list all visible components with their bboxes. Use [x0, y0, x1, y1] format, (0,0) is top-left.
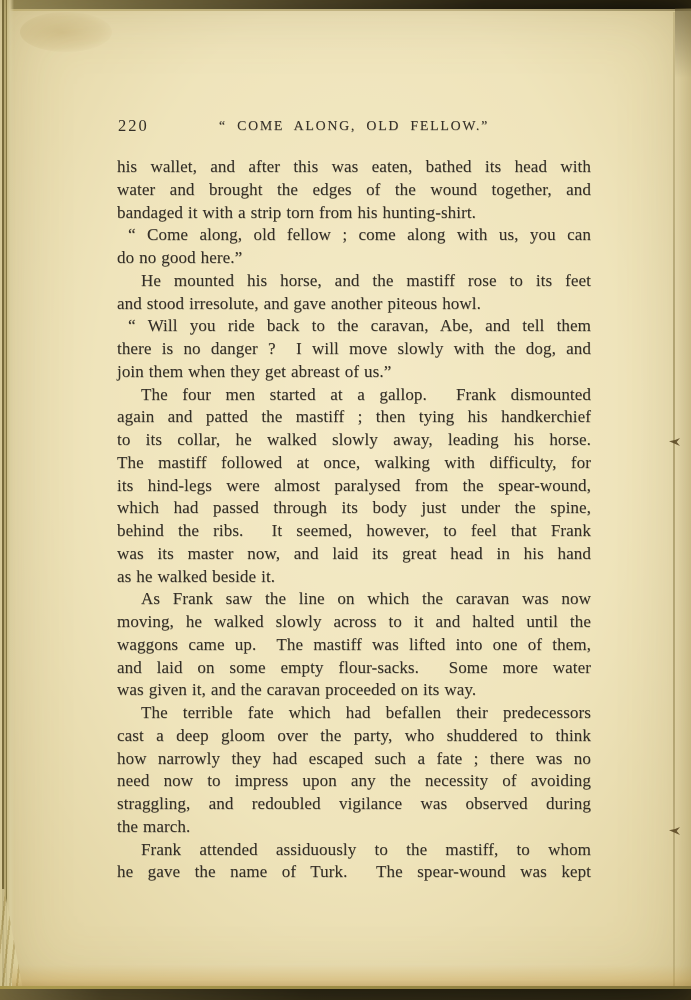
paper-stain [20, 12, 112, 52]
text-line: The four men started at a gallop. Frank … [117, 384, 591, 407]
fore-edge-shadow [675, 8, 691, 78]
text-line: straggling, and redoubled vigilance was … [117, 793, 591, 816]
page-fore-edge [675, 8, 691, 988]
page-edge-line [673, 12, 675, 986]
book-bottom-edge-shadow [0, 989, 691, 1000]
page-number: 220 [118, 116, 149, 136]
text-line: The terrible fate which had befallen the… [117, 702, 591, 725]
paragraph: his wallet, and after this was eaten, ba… [117, 156, 591, 224]
binding-edge [0, 0, 14, 1000]
text-line: “ Will you ride back to the caravan, Abe… [117, 315, 591, 338]
text-line: again and patted the mastiff ; then tyin… [117, 406, 591, 429]
bottom-edge-glow [12, 965, 691, 987]
paragraph: He mounted his horse, and the mastiff ro… [117, 270, 591, 316]
paragraph: As Frank saw the line on which the carav… [117, 588, 591, 702]
text-line: he gave the name of Turk. The spear-woun… [117, 861, 591, 884]
paragraph: The terrible fate which had befallen the… [117, 702, 591, 839]
text-line: its hind-legs were almost paralysed from… [117, 475, 591, 498]
text-line: was its master now, and laid its great h… [117, 543, 591, 566]
text-line: and laid on some empty flour-sacks. Some… [117, 657, 591, 680]
text-line: “ Come along, old fellow ; come along wi… [117, 224, 591, 247]
text-block: his wallet, and after this was eaten, ba… [117, 156, 591, 884]
book-top-edge-shadow [0, 0, 691, 9]
text-line: As Frank saw the line on which the carav… [117, 588, 591, 611]
text-line: waggons came up. The mastiff was lifted … [117, 634, 591, 657]
text-line: to its collar, he walked slowly away, le… [117, 429, 591, 452]
text-line: water and brought the edges of the wound… [117, 179, 591, 202]
top-edge-highlight [0, 9, 691, 11]
text-line: moving, he walked slowly across to it an… [117, 611, 591, 634]
paragraph: Frank attended assiduously to the mastif… [117, 839, 591, 885]
page-header: 220 “ COME ALONG, OLD FELLOW.” [117, 114, 591, 136]
text-line: do no good here.” [117, 247, 591, 270]
text-line: how narrowly they had escaped such a fat… [117, 748, 591, 771]
paragraph: The four men started at a gallop. Frank … [117, 384, 591, 589]
text-line: need now to impress upon any the necessi… [117, 770, 591, 793]
text-line: the march. [117, 816, 591, 839]
text-line: and stood irresolute, and gave another p… [117, 293, 591, 316]
text-line: as he walked beside it. [117, 566, 591, 589]
text-line: The mastiff followed at once, walking wi… [117, 452, 591, 475]
text-line: bandaged it with a strip torn from his h… [117, 202, 591, 225]
paragraph: “ Will you ride back to the caravan, Abe… [117, 315, 591, 383]
running-title: “ COME ALONG, OLD FELLOW.” [117, 114, 591, 134]
text-line: which had passed through its body just u… [117, 497, 591, 520]
text-line: was given it, and the caravan proceeded … [117, 679, 591, 702]
book-page-scan: 220 “ COME ALONG, OLD FELLOW.” his walle… [0, 0, 691, 1000]
text-line: cast a deep gloom over the party, who sh… [117, 725, 591, 748]
text-line: behind the ribs. It seemed, however, to … [117, 520, 591, 543]
text-line: Frank attended assiduously to the mastif… [117, 839, 591, 862]
text-line: He mounted his horse, and the mastiff ro… [117, 270, 591, 293]
text-line: join them when they get abreast of us.” [117, 361, 591, 384]
text-line: there is no danger ? I will move slowly … [117, 338, 591, 361]
paragraph: “ Come along, old fellow ; come along wi… [117, 224, 591, 270]
text-line: his wallet, and after this was eaten, ba… [117, 156, 591, 179]
